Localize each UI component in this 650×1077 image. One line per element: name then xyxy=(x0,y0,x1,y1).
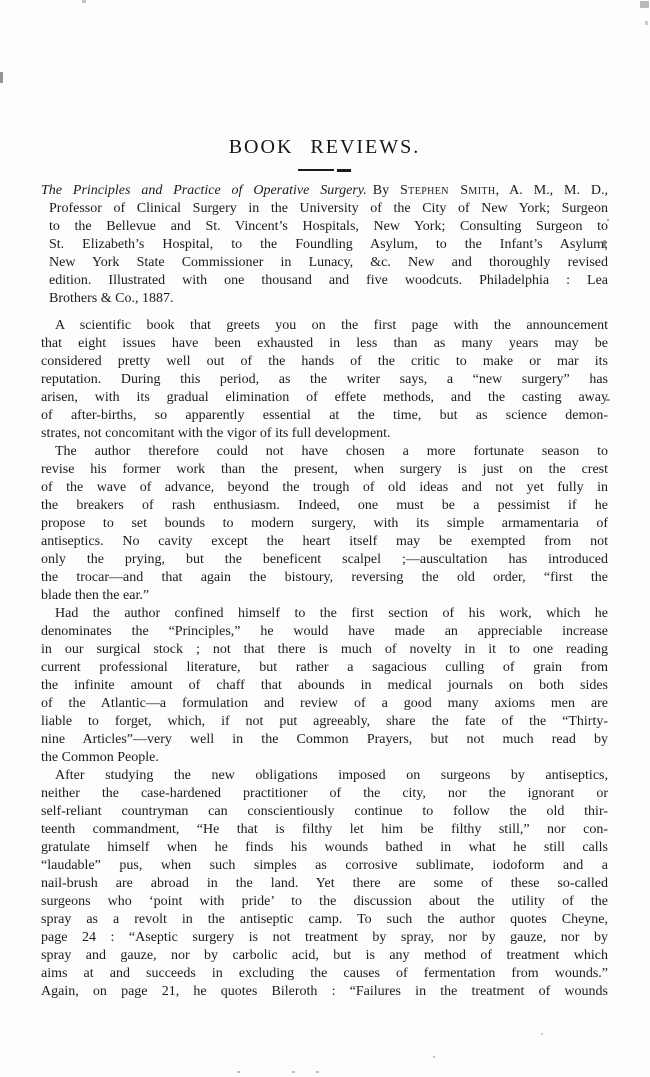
text-line: Again, on page 21, he quotes Bileroth : … xyxy=(41,983,608,1001)
text-line: the trocar—and that again the bistoury, … xyxy=(41,569,608,587)
scan-artifact xyxy=(316,1071,319,1073)
scan-artifact xyxy=(82,0,86,3)
scan-artifact xyxy=(541,1033,543,1035)
citation-line: to the Bellevue and St. Vincent’s Hospit… xyxy=(41,218,608,236)
text-line: After studying the new obligations impos… xyxy=(41,767,608,785)
scan-artifact xyxy=(237,1071,240,1073)
text-line: only the prying, but the beneficent scal… xyxy=(41,551,608,569)
text-line: nine Articles”—very well in the Common P… xyxy=(41,731,608,749)
text-line: nail-brush are abroad in the land. Yet t… xyxy=(41,875,608,893)
text-line: denominates the “Principles,” he would h… xyxy=(41,623,608,641)
text-line: “laudable” pus, when such simples as cor… xyxy=(41,857,608,875)
text-line: teenth commandment, “He that is filthy l… xyxy=(41,821,608,839)
scan-artifact xyxy=(603,240,606,248)
text-line: reputation. During this period, as the w… xyxy=(41,371,608,389)
paragraph-4: After studying the new obligations impos… xyxy=(41,767,608,1001)
scan-artifact xyxy=(0,72,3,83)
text-line: of the Atlantic—a formulation and review… xyxy=(41,695,608,713)
citation-by-text: By xyxy=(373,183,400,198)
text-line: liable to forget, which, if not put agre… xyxy=(41,713,608,731)
scan-artifact xyxy=(640,1,649,8)
paragraph-1: A scientific book that greets you on the… xyxy=(41,317,608,443)
text-line: spray as a revolt in the antiseptic camp… xyxy=(41,911,608,929)
book-citation: The Principles and Practice of Operative… xyxy=(41,182,608,308)
paragraph-3: Had the author confined himself to the f… xyxy=(41,605,608,767)
text-line: self-reliant countryman can conscientiou… xyxy=(41,803,608,821)
text-line: in our surgical stock ; not that there i… xyxy=(41,641,608,659)
book-title-italic: The Principles and Practice of Operative… xyxy=(41,183,367,198)
text-line: The author therefore could not have chos… xyxy=(41,443,608,461)
author-degrees: , A. M., M. D., xyxy=(496,183,608,198)
scan-artifact xyxy=(607,219,609,221)
page-title: BOOK REVIEWS. xyxy=(41,136,608,158)
citation-line: edition. Illustrated with one thousand a… xyxy=(41,272,608,290)
review-body: A scientific book that greets you on the… xyxy=(41,317,608,1001)
citation-line: Brothers & Co., 1887. xyxy=(41,290,608,308)
text-line: page 24 : “Aseptic surgery is not treatm… xyxy=(41,929,608,947)
citation-line: The Principles and Practice of Operative… xyxy=(41,182,608,200)
citation-line: St. Elizabeth’s Hospital, to the Foundli… xyxy=(41,236,608,254)
paragraph-2: The author therefore could not have chos… xyxy=(41,443,608,605)
text-line: gratulate himself when he finds his woun… xyxy=(41,839,608,857)
text-line: that eight issues have been exhausted in… xyxy=(41,335,608,353)
text-line: current professional literature, but rat… xyxy=(41,659,608,677)
rule-segment-thin xyxy=(298,169,334,171)
scan-artifact xyxy=(433,1056,435,1058)
text-line: arisen, with its gradual elimination of … xyxy=(41,389,608,407)
text-line: blade then the ear.” xyxy=(41,587,608,605)
scan-artifact xyxy=(292,1071,295,1073)
text-line: antiseptics. No cavity except the heart … xyxy=(41,533,608,551)
text-line: strates, not concomitant with the vigor … xyxy=(41,425,608,443)
citation-line: New York State Commissioner in Lunacy, &… xyxy=(41,254,608,272)
text-block: BOOK REVIEWS. The Principles and Practic… xyxy=(41,136,608,1001)
text-line: A scientific book that greets you on the… xyxy=(41,317,608,335)
rule-segment-thick xyxy=(337,169,351,172)
text-line: the Common People. xyxy=(41,749,608,767)
citation-line: Professor of Clinical Surgery in the Uni… xyxy=(41,200,608,218)
text-line: the infinite amount of chaff that abound… xyxy=(41,677,608,695)
text-line: propose to set bounds to modern surgery,… xyxy=(41,515,608,533)
text-line: revise his former work than the present,… xyxy=(41,461,608,479)
text-line: the breakers of rash enthusiasm. Indeed,… xyxy=(41,497,608,515)
scan-artifact xyxy=(604,399,610,401)
scan-artifact xyxy=(645,21,648,25)
author-name: Stephen Smith xyxy=(400,183,496,198)
text-line: of after-births, so apparently essential… xyxy=(41,407,608,425)
scanned-page: BOOK REVIEWS. The Principles and Practic… xyxy=(0,0,650,1077)
text-line: aims at and succeeds in excluding the ca… xyxy=(41,965,608,983)
text-line: surgeons who ‘point with pride’ to the d… xyxy=(41,893,608,911)
text-line: spray and gauze, nor by carbolic acid, b… xyxy=(41,947,608,965)
text-line: considered pretty well out of the hands … xyxy=(41,353,608,371)
text-line: Had the author confined himself to the f… xyxy=(41,605,608,623)
text-line: neither the case-hardened practitioner o… xyxy=(41,785,608,803)
text-line: of the wave of advance, beyond the troug… xyxy=(41,479,608,497)
title-rule-divider xyxy=(41,167,608,172)
